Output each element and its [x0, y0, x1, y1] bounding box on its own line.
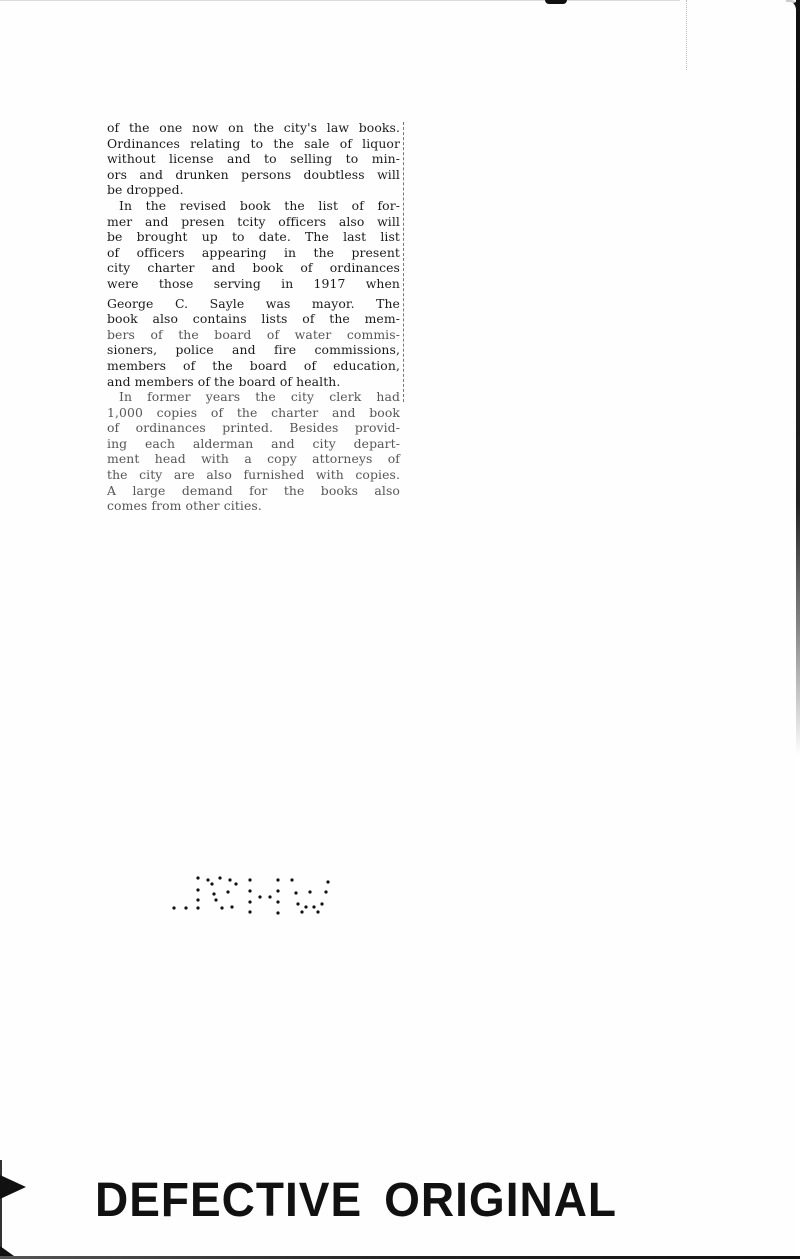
- article-line: In the revised book the list of for-: [107, 198, 400, 214]
- column-rule: [403, 122, 404, 402]
- article-line: of the one now on the city's law books.: [107, 120, 400, 136]
- article-line: ment head with a copy attorneys of: [107, 451, 400, 467]
- article-line: and members of the board of health.: [107, 374, 400, 390]
- banner-word-defective: DEFECTIVE: [95, 1172, 362, 1227]
- perforated-stamp: [170, 872, 330, 917]
- article-line: of ordinances printed. Besides provid-: [107, 420, 400, 436]
- article-line: be brought up to date. The last list: [107, 229, 400, 245]
- article-line: city charter and book of ordinances: [107, 260, 400, 276]
- article-line: of officers appearing in the present: [107, 245, 400, 261]
- article-line: ors and drunken persons doubtless will: [107, 167, 400, 183]
- article-line: 1,000 copies of the charter and book: [107, 405, 400, 421]
- pointer-arrow-icon: [0, 1175, 26, 1199]
- article-line: be dropped.: [107, 182, 400, 198]
- article-line: bers of the board of water commis-: [107, 327, 400, 343]
- article-line: sioners, police and fire commissions,: [107, 342, 400, 358]
- article-column: of the one now on the city's law books. …: [107, 120, 400, 514]
- scanned-page: of the one now on the city's law books. …: [0, 0, 800, 1259]
- article-line: without license and to selling to min-: [107, 151, 400, 167]
- article-line: members of the board of education,: [107, 358, 400, 374]
- article-line: book also contains lists of the mem-: [107, 311, 400, 327]
- article-line: mer and presen tcity officers also will: [107, 214, 400, 230]
- perforation-dots-icon: [170, 872, 330, 917]
- banner-word-original: ORIGINAL: [384, 1172, 617, 1227]
- article-line: comes from other cities.: [107, 498, 400, 514]
- scan-artifact-mark: [545, 0, 567, 4]
- article-line: the city are also furnished with copies.: [107, 467, 400, 483]
- article-line: George C. Sayle was mayor. The: [107, 296, 400, 312]
- article-line: A large demand for the books also: [107, 483, 400, 499]
- defective-original-banner: DEFECTIVEORIGINAL: [95, 1171, 617, 1228]
- article-line: were those serving in 1917 when: [107, 276, 400, 292]
- page-right-edge: [796, 0, 800, 1259]
- page-top-edge: [0, 0, 680, 1]
- page-corner-bottom-left: [0, 1246, 14, 1256]
- article-line: In former years the city clerk had: [107, 389, 400, 405]
- article-line: ing each alderman and city depart-: [107, 436, 400, 452]
- article-line: Ordinances relating to the sale of liquo…: [107, 136, 400, 152]
- scan-artifact-line: [686, 0, 688, 70]
